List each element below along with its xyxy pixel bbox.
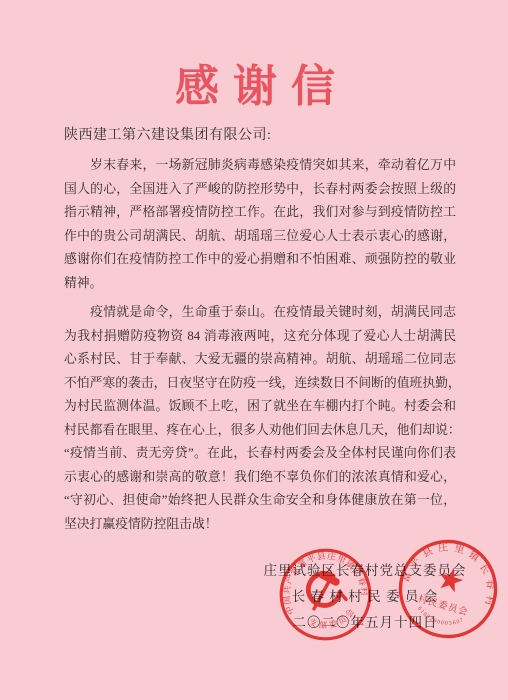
text-line: 岁末春来，一场新冠肺炎病毒感染疫情突如其来，牵动着亿万中 [64, 154, 456, 178]
hammer-sickle-icon [305, 569, 346, 609]
paragraph: 疫情就是命令，生命重于泰山。在疫情最关键时刻，胡满民同志为我村捐赠防疫物资 84… [64, 301, 456, 536]
text-line: 指示精神，严格部署疫情防控工作。在此，我们对参与到疫情防控工 [64, 201, 456, 225]
text-line: 村民都看在眼里、疼在心上，很多人劝他们回去休息几天，他们却说： [64, 419, 456, 443]
text-line: 坚决打赢疫情防控阻击战！ [64, 513, 456, 537]
letter-body: 岁末春来，一场新冠肺炎病毒感染疫情突如其来，牵动着亿万中国人的心，全国进入了严峻… [64, 154, 456, 536]
text-line: 精神。 [64, 272, 456, 296]
text-line: 为村民监测体温。饭顾不上吃，困了就坐在车棚内打个盹。村委会和 [64, 395, 456, 419]
addressee-line: 陕西建工第六建设集团有限公司: [64, 124, 271, 144]
text-line: “守初心、担使命”始终把人民群众生命安全和身体健康放在第一位， [64, 489, 456, 513]
letter-page: 感谢信 陕西建工第六建设集团有限公司: 岁末春来，一场新冠肺炎病毒感染疫情突如其… [0, 0, 508, 700]
star-icon [436, 565, 465, 594]
text-line: 心系村民、甘于奉献、大爱无疆的崇高精神。胡航、胡瑶瑶二位同志 [64, 348, 456, 372]
text-line: 为我村捐赠防疫物资 84 消毒液两吨，这充分体现了爱心人士胡满民 [64, 325, 456, 349]
letter-title: 感谢信 [0, 50, 508, 114]
text-line: “疫情当前、责无旁贷”。在此，长春村两委会及全体村民谨向你们表 [64, 442, 456, 466]
text-line: 作中的贵公司胡满民、胡航、胡瑶瑶三位爱心人士表示衷心的感谢， [64, 225, 456, 249]
text-line: 示衷心的感谢和崇高的敬意！我们绝不辜负你们的浓浓真情和爱心， [64, 466, 456, 490]
text-line: 疫情就是命令，生命重于泰山。在疫情最关键时刻，胡满民同志 [64, 301, 456, 325]
text-line: 不怕严寒的袭击，日夜坚守在防疫一线，连续数日不间断的值班执勤， [64, 372, 456, 396]
text-line: 国人的心，全国进入了严峻的防控形势中，长春村两委会按照上级的 [64, 178, 456, 202]
paragraph: 岁末春来，一场新冠肺炎病毒感染疫情突如其来，牵动着亿万中国人的心，全国进入了严峻… [64, 154, 456, 295]
text-line: 感谢你们在疫情防控工作中的爱心捐赠和不怕困难、顽强防控的敬业 [64, 248, 456, 272]
